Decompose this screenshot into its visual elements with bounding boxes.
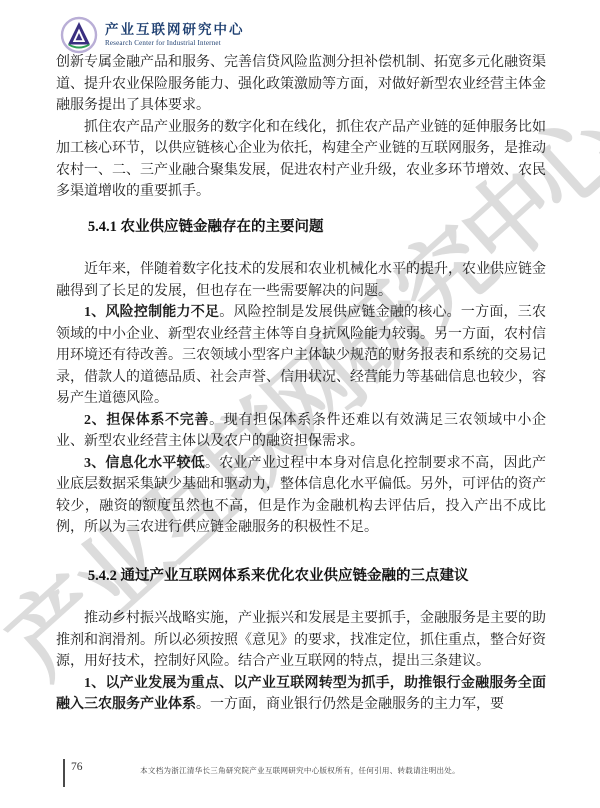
numbered-point-1: 1、风险控制能力不足。风险控制是发展供应链金融的核心。一方面，三农领域的中小企业… (56, 302, 546, 410)
copyright-notice: 本文档为浙江清华长三角研究院产业互联网研究中心版权所有，任何引用、转载请注明出处… (0, 765, 600, 776)
org-name-en: Research Center for Industrial Internet (105, 39, 245, 48)
numbered-point-3: 3、信息化水平较低。农业产业过程中本身对信息化控制要求不高，因此产业底层数据采集… (56, 453, 546, 539)
suggestion-point-1: 1、以产业发展为重点、以产业互联网转型为抓手，助推银行金融服务全面融入三农服务产… (56, 673, 546, 716)
paragraph: 近年来，伴随着数字化技术的发展和农业机械化水平的提升，农业供应链金融得到了长足的… (56, 259, 546, 302)
paragraph: 推动乡村振兴战略实施，产业振兴和发展是主要抓手，金融服务是主要的助推剂和润滑剂。… (56, 608, 546, 673)
point-1-lead: 1、风险控制能力不足 (84, 305, 219, 320)
point-3-lead: 3、信息化水平较低 (84, 456, 205, 471)
paragraph: 抓住农产品产业服务的数字化和在线化，抓住农产品产业链的延伸服务比如加工核心环节，… (56, 117, 546, 203)
point-2-lead: 2、担保体系不完善 (84, 413, 209, 428)
document-page: 产业互联网研究中心 产业互联网研究中心 Research Center for … (0, 0, 600, 808)
research-center-logo-icon (60, 16, 98, 54)
paragraph-continuation: 创新专属金融产品和服务、完善信贷风险监测分担补偿机制、拓宽多元化融资渠道、提升农… (56, 52, 546, 117)
numbered-point-2: 2、担保体系不完善。现有担保体系条件还难以有效满足三农领域中小企业、新型农业经营… (56, 410, 546, 453)
org-name-cn: 产业互联网研究中心 (105, 22, 245, 38)
document-body: 创新专属金融产品和服务、完善信贷风险监测分担补偿机制、拓宽多元化融资渠道、提升农… (56, 52, 546, 716)
page-header: 产业互联网研究中心 Research Center for Industrial… (60, 16, 245, 54)
org-name-block: 产业互联网研究中心 Research Center for Industrial… (105, 22, 245, 48)
section-heading-5-4-1: 5.4.1 农业供应链金融存在的主要问题 (56, 217, 546, 239)
suggestion-1-text: 。一方面，商业银行仍然是金融服务的主力军，要 (196, 697, 504, 712)
point-1-text: 。风险控制是发展供应链金融的核心。一方面，三农领域的中小企业、新型农业经营主体等… (56, 305, 546, 406)
section-heading-5-4-2: 5.4.2 通过产业互联网体系来优化农业供应链金融的三点建议 (56, 566, 546, 588)
